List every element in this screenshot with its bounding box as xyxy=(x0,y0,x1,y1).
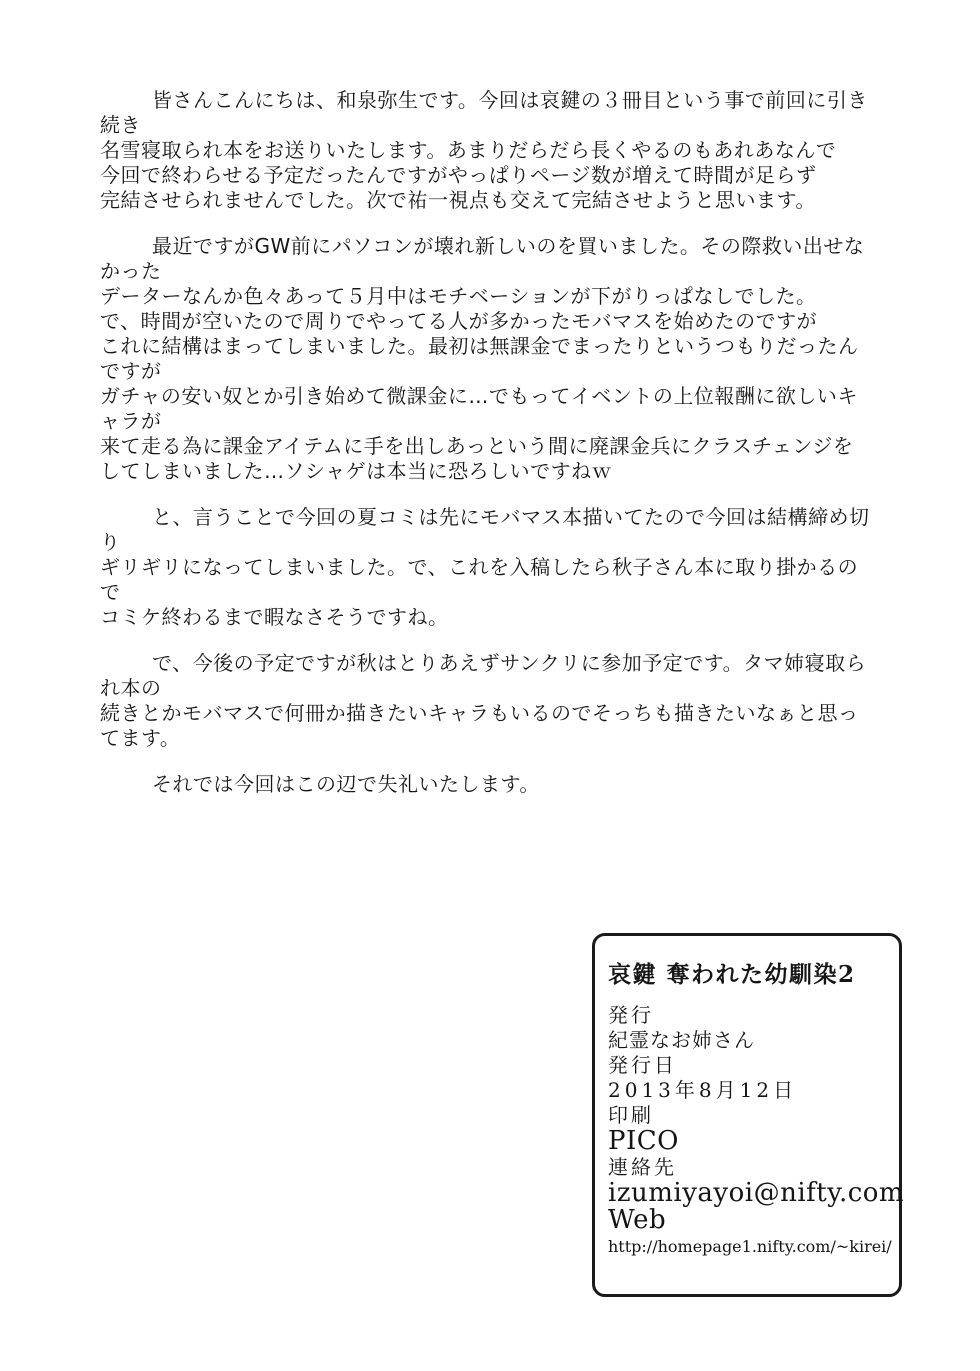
colophon-publish-date: 2013年8月12日 xyxy=(608,1078,887,1103)
colophon-label-publish-date: 発行日 xyxy=(608,1053,887,1078)
colophon-label-web: Web xyxy=(608,1207,887,1234)
afterword-paragraph-greeting: 皆さんこんにちは、和泉弥生です。今回は哀鍵の３冊目という事で前回に引き続き 名雪… xyxy=(100,88,875,213)
colophon-contact-email: izumiyayoi@nifty.com xyxy=(608,1180,887,1207)
colophon-box: 哀鍵 奪われた幼馴染2 発行 紀霊なお姉さん 発行日 2013年8月12日 印刷… xyxy=(592,933,902,1297)
afterword-paragraph-plans: で、今後の予定ですが秋はとりあえずサンクリに参加予定です。タマ姉寝取られ本の 続… xyxy=(100,651,875,751)
colophon-label-contact: 連絡先 xyxy=(608,1155,887,1180)
colophon-book-title: 哀鍵 奪われた幼馴染2 xyxy=(608,960,887,990)
colophon-label-publisher: 発行 xyxy=(608,1003,887,1028)
afterword-paragraph-deadline: と、言うことで今回の夏コミは先にモバマス本描いてたので今回は結構締め切り ギリギ… xyxy=(100,505,875,630)
afterword-paragraph-pc-mobamas: 最近ですがGW前にパソコンが壊れ新しいのを買いました。その際救い出せなかった デ… xyxy=(100,234,875,484)
colophon-publisher-name: 紀霊なお姉さん xyxy=(608,1028,887,1053)
afterword-paragraph-closing: それでは今回はこの辺で失礼いたします。 xyxy=(100,772,875,797)
colophon-label-printer: 印刷 xyxy=(608,1103,887,1128)
afterword-text-block: 皆さんこんにちは、和泉弥生です。今回は哀鍵の３冊目という事で前回に引き続き 名雪… xyxy=(100,88,875,818)
colophon-printer-name: PICO xyxy=(608,1128,887,1155)
colophon-website-url: http://homepage1.nifty.com/~kirei/ xyxy=(608,1234,887,1259)
